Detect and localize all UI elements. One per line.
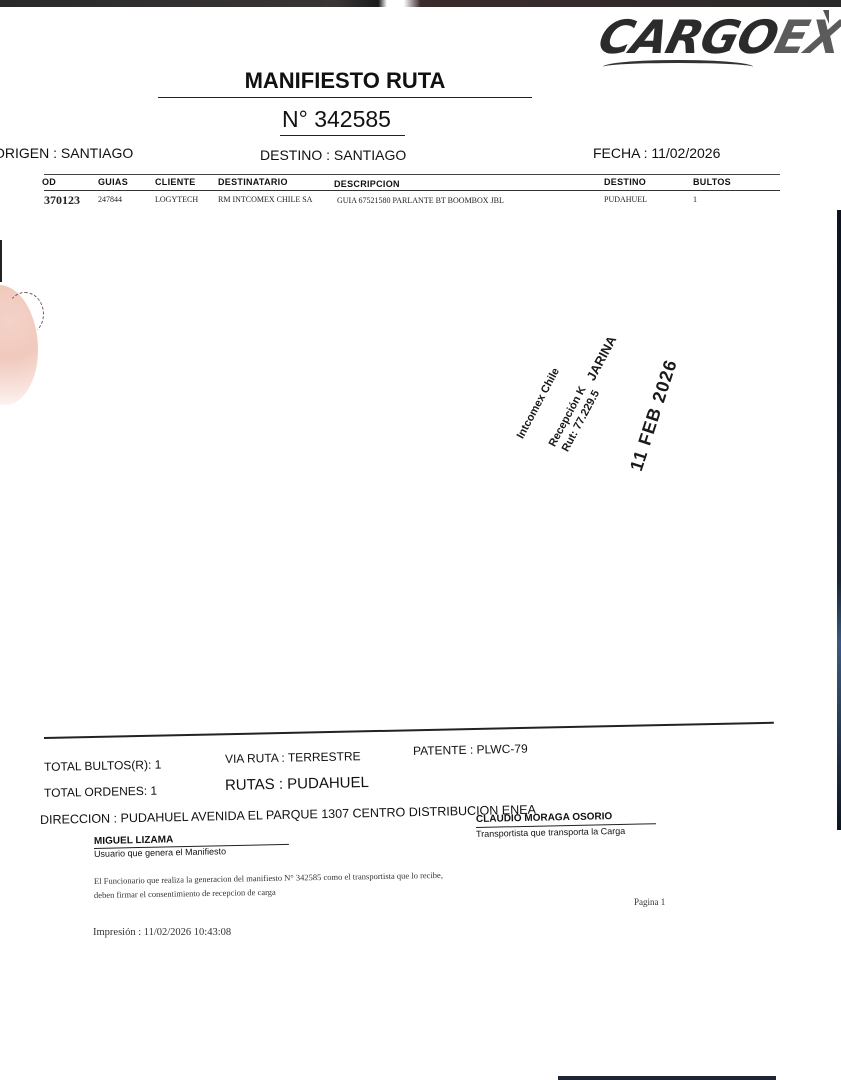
destination-field: DESTINO : SANTIAGO — [260, 147, 406, 163]
cell-bultos: 1 — [693, 195, 697, 204]
carrier-role: Transportista que transporta la Carga — [476, 826, 625, 839]
rutas: RUTAS : PUDAHUEL — [225, 774, 369, 794]
manifest-number: N° 342585 — [282, 106, 391, 133]
col-cliente: CLIENTE — [155, 177, 196, 187]
manifest-number-underline — [280, 135, 405, 136]
logo-main-text: CARGO — [593, 10, 783, 64]
fingernail-in-photo — [6, 292, 44, 336]
col-od: OD — [42, 177, 56, 187]
cell-destinatario: RM INTCOMEX CHILE SA — [218, 195, 312, 204]
date-field: FECHA : 11/02/2026 — [593, 145, 720, 161]
logo-swoosh-icon — [603, 60, 753, 71]
total-ordenes: TOTAL ORDENES: 1 — [44, 784, 157, 800]
carrier-name: CLAUDIO MORAGA OSORIO — [476, 811, 612, 825]
photo-background-top — [0, 0, 841, 7]
via-ruta: VIA RUTA : TERRESTRE — [225, 749, 361, 766]
table-top-rule — [44, 174, 780, 175]
stamp-date: 11 FEB 2026 — [626, 357, 682, 474]
origin-field: ORIGEN : SANTIAGO — [0, 145, 133, 161]
title-underline — [158, 97, 532, 98]
cell-cliente: LOGYTECH — [155, 195, 198, 204]
col-bultos: BULTOS — [693, 177, 731, 187]
document-title: MANIFIESTO RUTA — [160, 68, 530, 94]
stamp-line-1: JARINA — [583, 333, 619, 383]
cell-guias: 247844 — [98, 195, 122, 204]
user-role: Usuario que genera el Manifiesto — [94, 846, 226, 859]
footer-separator — [44, 722, 774, 739]
patente: PATENTE : PLWC-79 — [413, 742, 528, 758]
consent-note-line-2: deben firmar el consentimiento de recepc… — [94, 887, 276, 900]
photo-background-right — [837, 210, 841, 830]
total-bultos: TOTAL BULTOS(R): 1 — [44, 758, 162, 774]
col-guias: GUIAS — [98, 177, 128, 187]
cell-od: 370123 — [44, 193, 80, 208]
col-destino: DESTINO — [604, 177, 646, 187]
photo-background-bottom — [558, 1076, 776, 1080]
user-name: MIGUEL LIZAMA — [94, 834, 173, 847]
col-descripcion: DESCRIPCION — [334, 179, 400, 189]
direccion: DIRECCION : PUDAHUEL AVENIDA EL PARQUE 1… — [40, 803, 536, 827]
cargoex-logo: CARGOEX — [594, 14, 841, 60]
print-timestamp: Impresión : 11/02/2026 10:43:08 — [93, 927, 231, 938]
consent-note-line-1: El Funcionario que realiza la generacion… — [94, 870, 443, 886]
cell-destino: PUDAHUEL — [604, 195, 647, 204]
page-number: Pagina 1 — [634, 897, 665, 907]
col-destinatario: DESTINATARIO — [218, 177, 288, 187]
table-header-rule — [44, 190, 780, 191]
cell-descripcion: GUIA 67521580 PARLANTE BT BOOMBOX JBL — [337, 196, 504, 205]
logo-accent-text: EX — [770, 10, 841, 64]
photo-background-left — [0, 240, 2, 282]
